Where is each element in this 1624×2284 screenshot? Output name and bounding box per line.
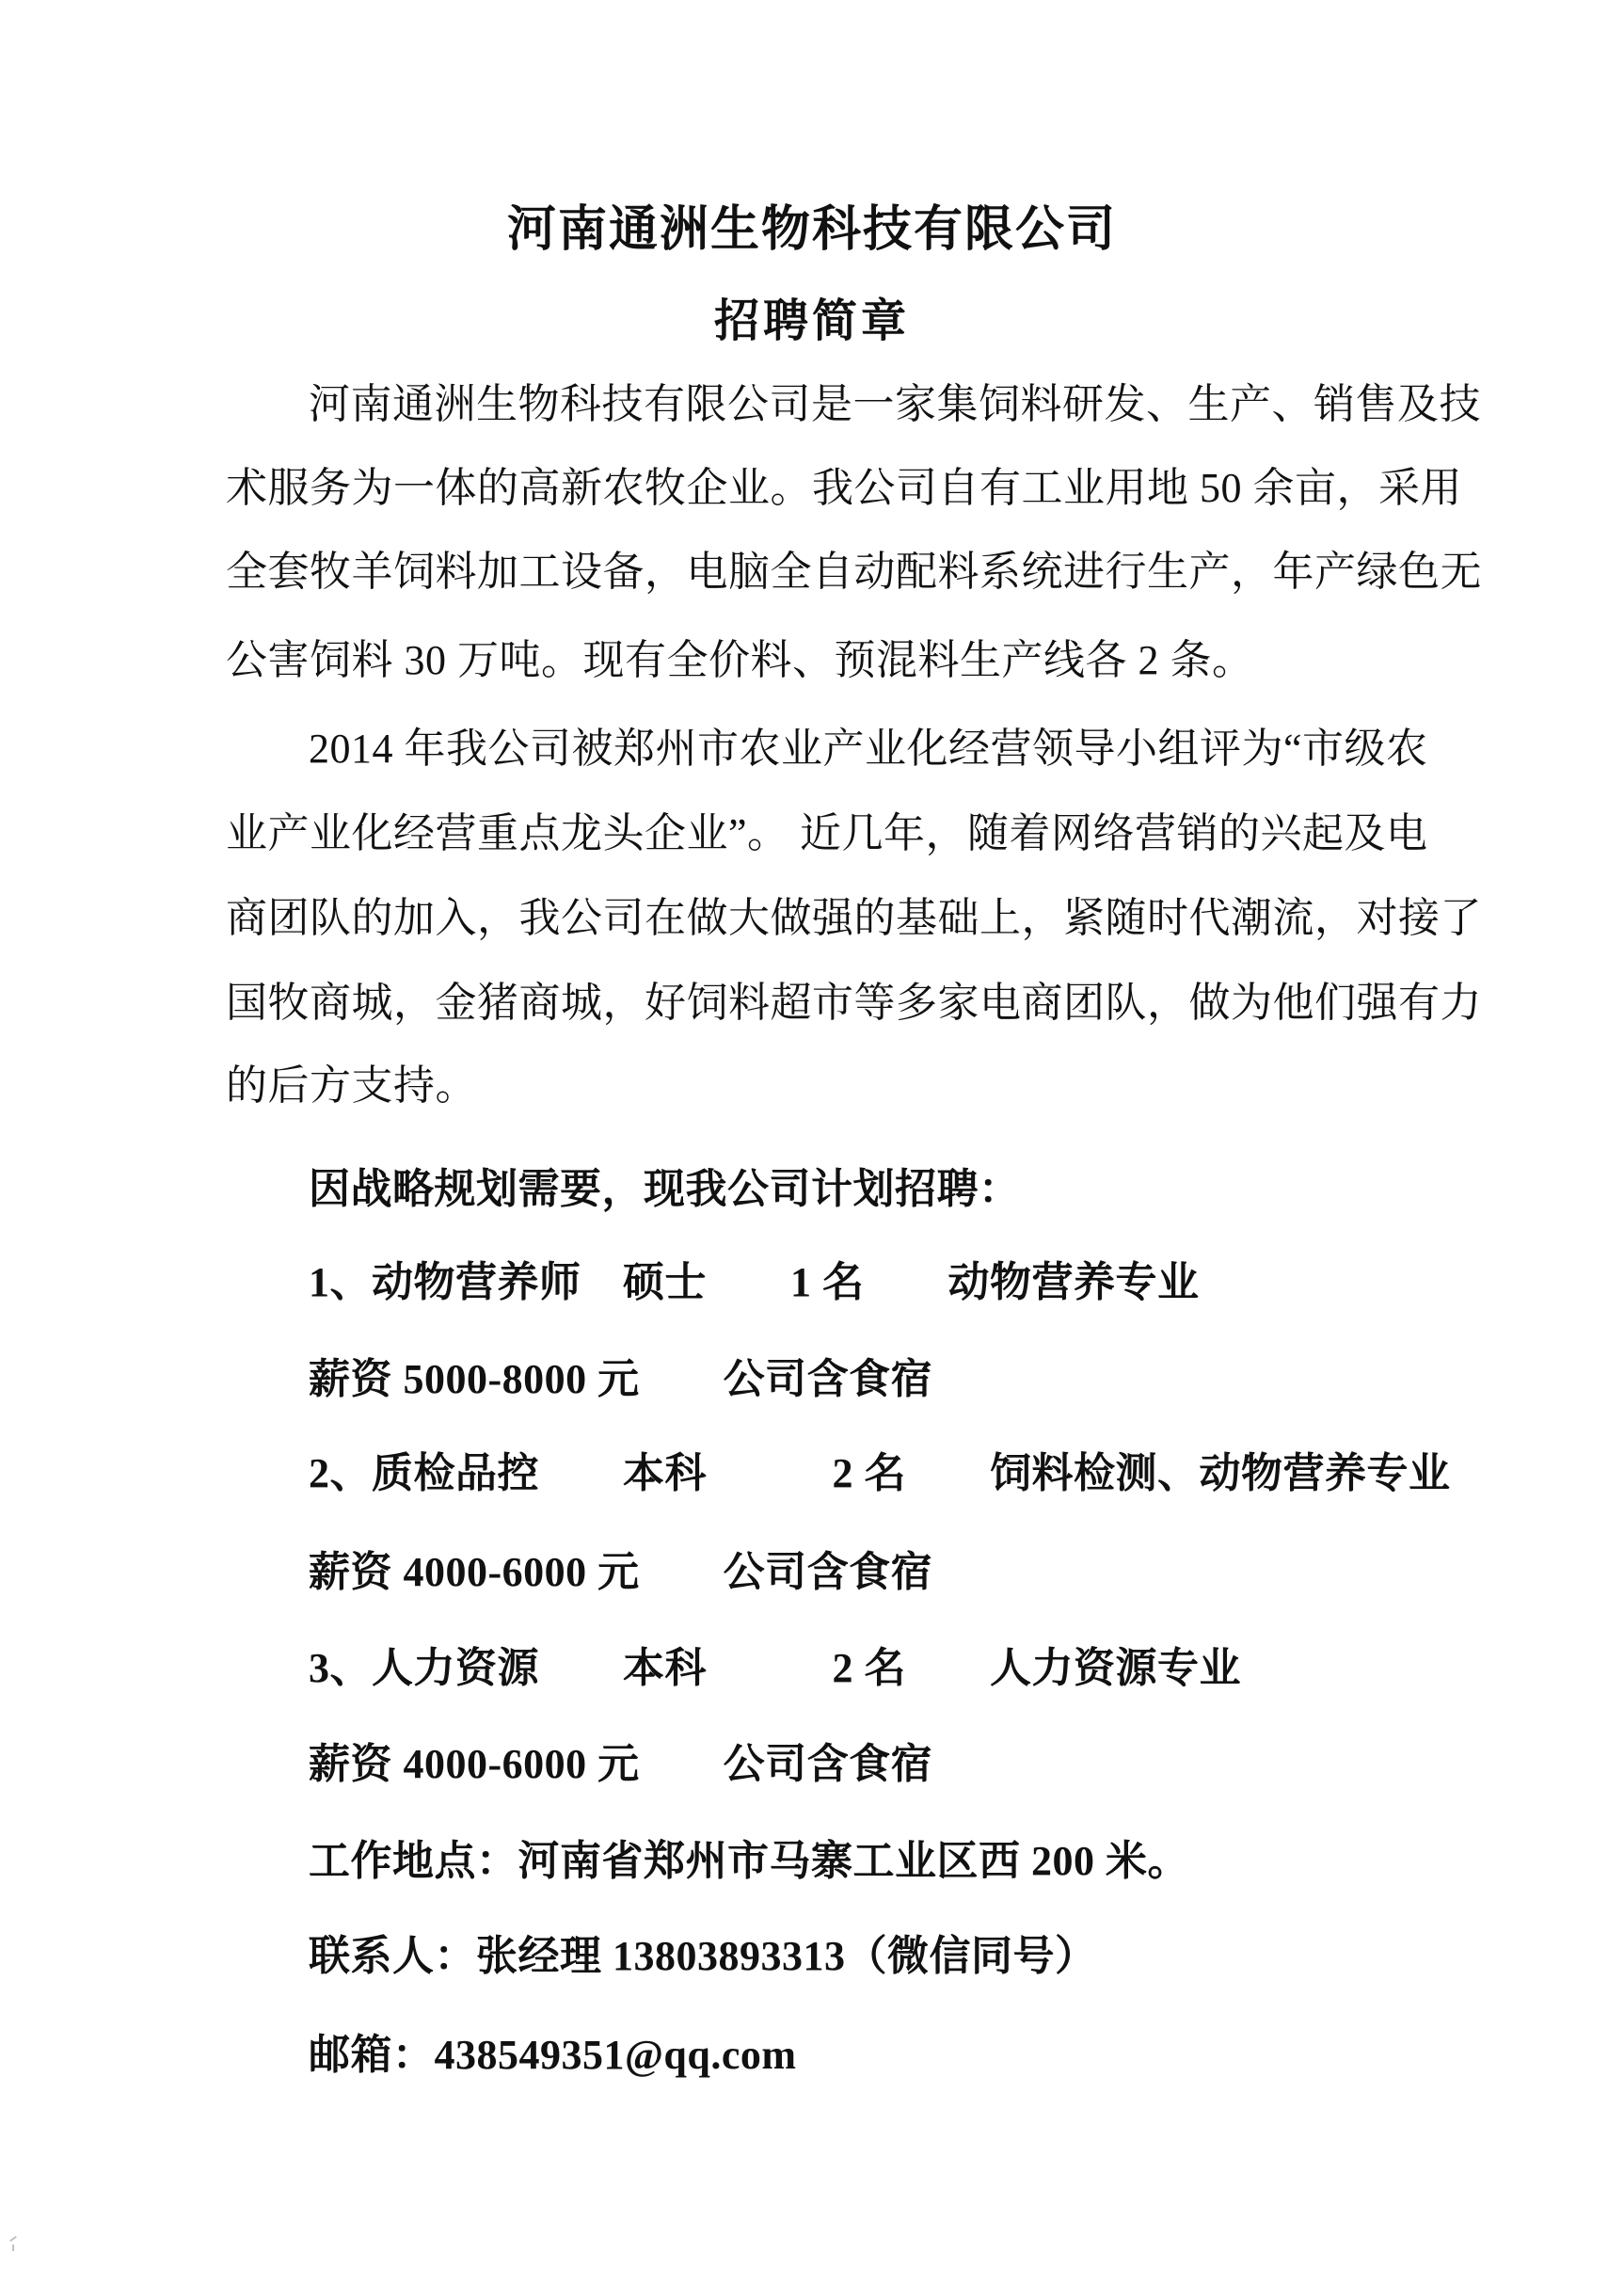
contact-person: 联系人：张经理 13803893313（微信同号） bbox=[226, 1932, 1466, 1981]
intro-line-1: 河南通洲生物科技有限公司是一家集饲料研发、生产、销售及技 bbox=[226, 380, 1466, 429]
intro-line-3: 全套牧羊饲料加工设备，电脑全自动配料系统进行生产，年产绿色无 bbox=[226, 548, 1383, 597]
achievement-line-5: 的后方支持。 bbox=[226, 1062, 1383, 1110]
company-title: 河南通洲生物科技有限公司 bbox=[0, 202, 1624, 259]
intro-line-4: 公害饲料 30 万吨。现有全价料、预混料生产线各 2 条。 bbox=[226, 636, 1383, 685]
contact-email: 邮箱：438549351@qq.com bbox=[226, 2031, 1466, 2080]
intro-line-2: 术服务为一体的高新农牧企业。我公司自有工业用地 50 余亩，采用 bbox=[226, 464, 1383, 513]
position-1: 1、动物营养师 硕士 1 名 动物营养专业 bbox=[226, 1258, 1466, 1307]
document-page: 河南通洲生物科技有限公司 招聘简章 河南通洲生物科技有限公司是一家集饲料研发、生… bbox=[0, 0, 1624, 2284]
recruitment-heading: 因战略规划需要，现我公司计划招聘： bbox=[226, 1165, 1466, 1214]
document-subtitle: 招聘简章 bbox=[0, 295, 1624, 347]
position-2-salary: 薪资 4000-6000 元 公司含食宿 bbox=[226, 1548, 1466, 1597]
achievement-line-1: 2014 年我公司被郑州市农业产业化经营领导小组评为“市级农 bbox=[226, 725, 1466, 774]
scan-artifact bbox=[8, 2238, 21, 2253]
position-3: 3、人力资源 本科 2 名 人力资源专业 bbox=[226, 1644, 1466, 1693]
achievement-line-4: 国牧商城，金猪商城，好饲料超市等多家电商团队，做为他们强有力 bbox=[226, 979, 1383, 1028]
position-1-salary: 薪资 5000-8000 元 公司含食宿 bbox=[226, 1355, 1466, 1404]
position-3-salary: 薪资 4000-6000 元 公司含食宿 bbox=[226, 1740, 1466, 1789]
achievement-line-3: 商团队的加入，我公司在做大做强的基础上，紧随时代潮流，对接了 bbox=[226, 894, 1383, 943]
position-2: 2、质检品控 本科 2 名 饲料检测、动物营养专业 bbox=[226, 1449, 1466, 1498]
achievement-line-2: 业产业化经营重点龙头企业”。 近几年，随着网络营销的兴起及电 bbox=[226, 809, 1383, 858]
work-location: 工作地点：河南省郑州市马寨工业区西 200 米。 bbox=[226, 1837, 1466, 1886]
